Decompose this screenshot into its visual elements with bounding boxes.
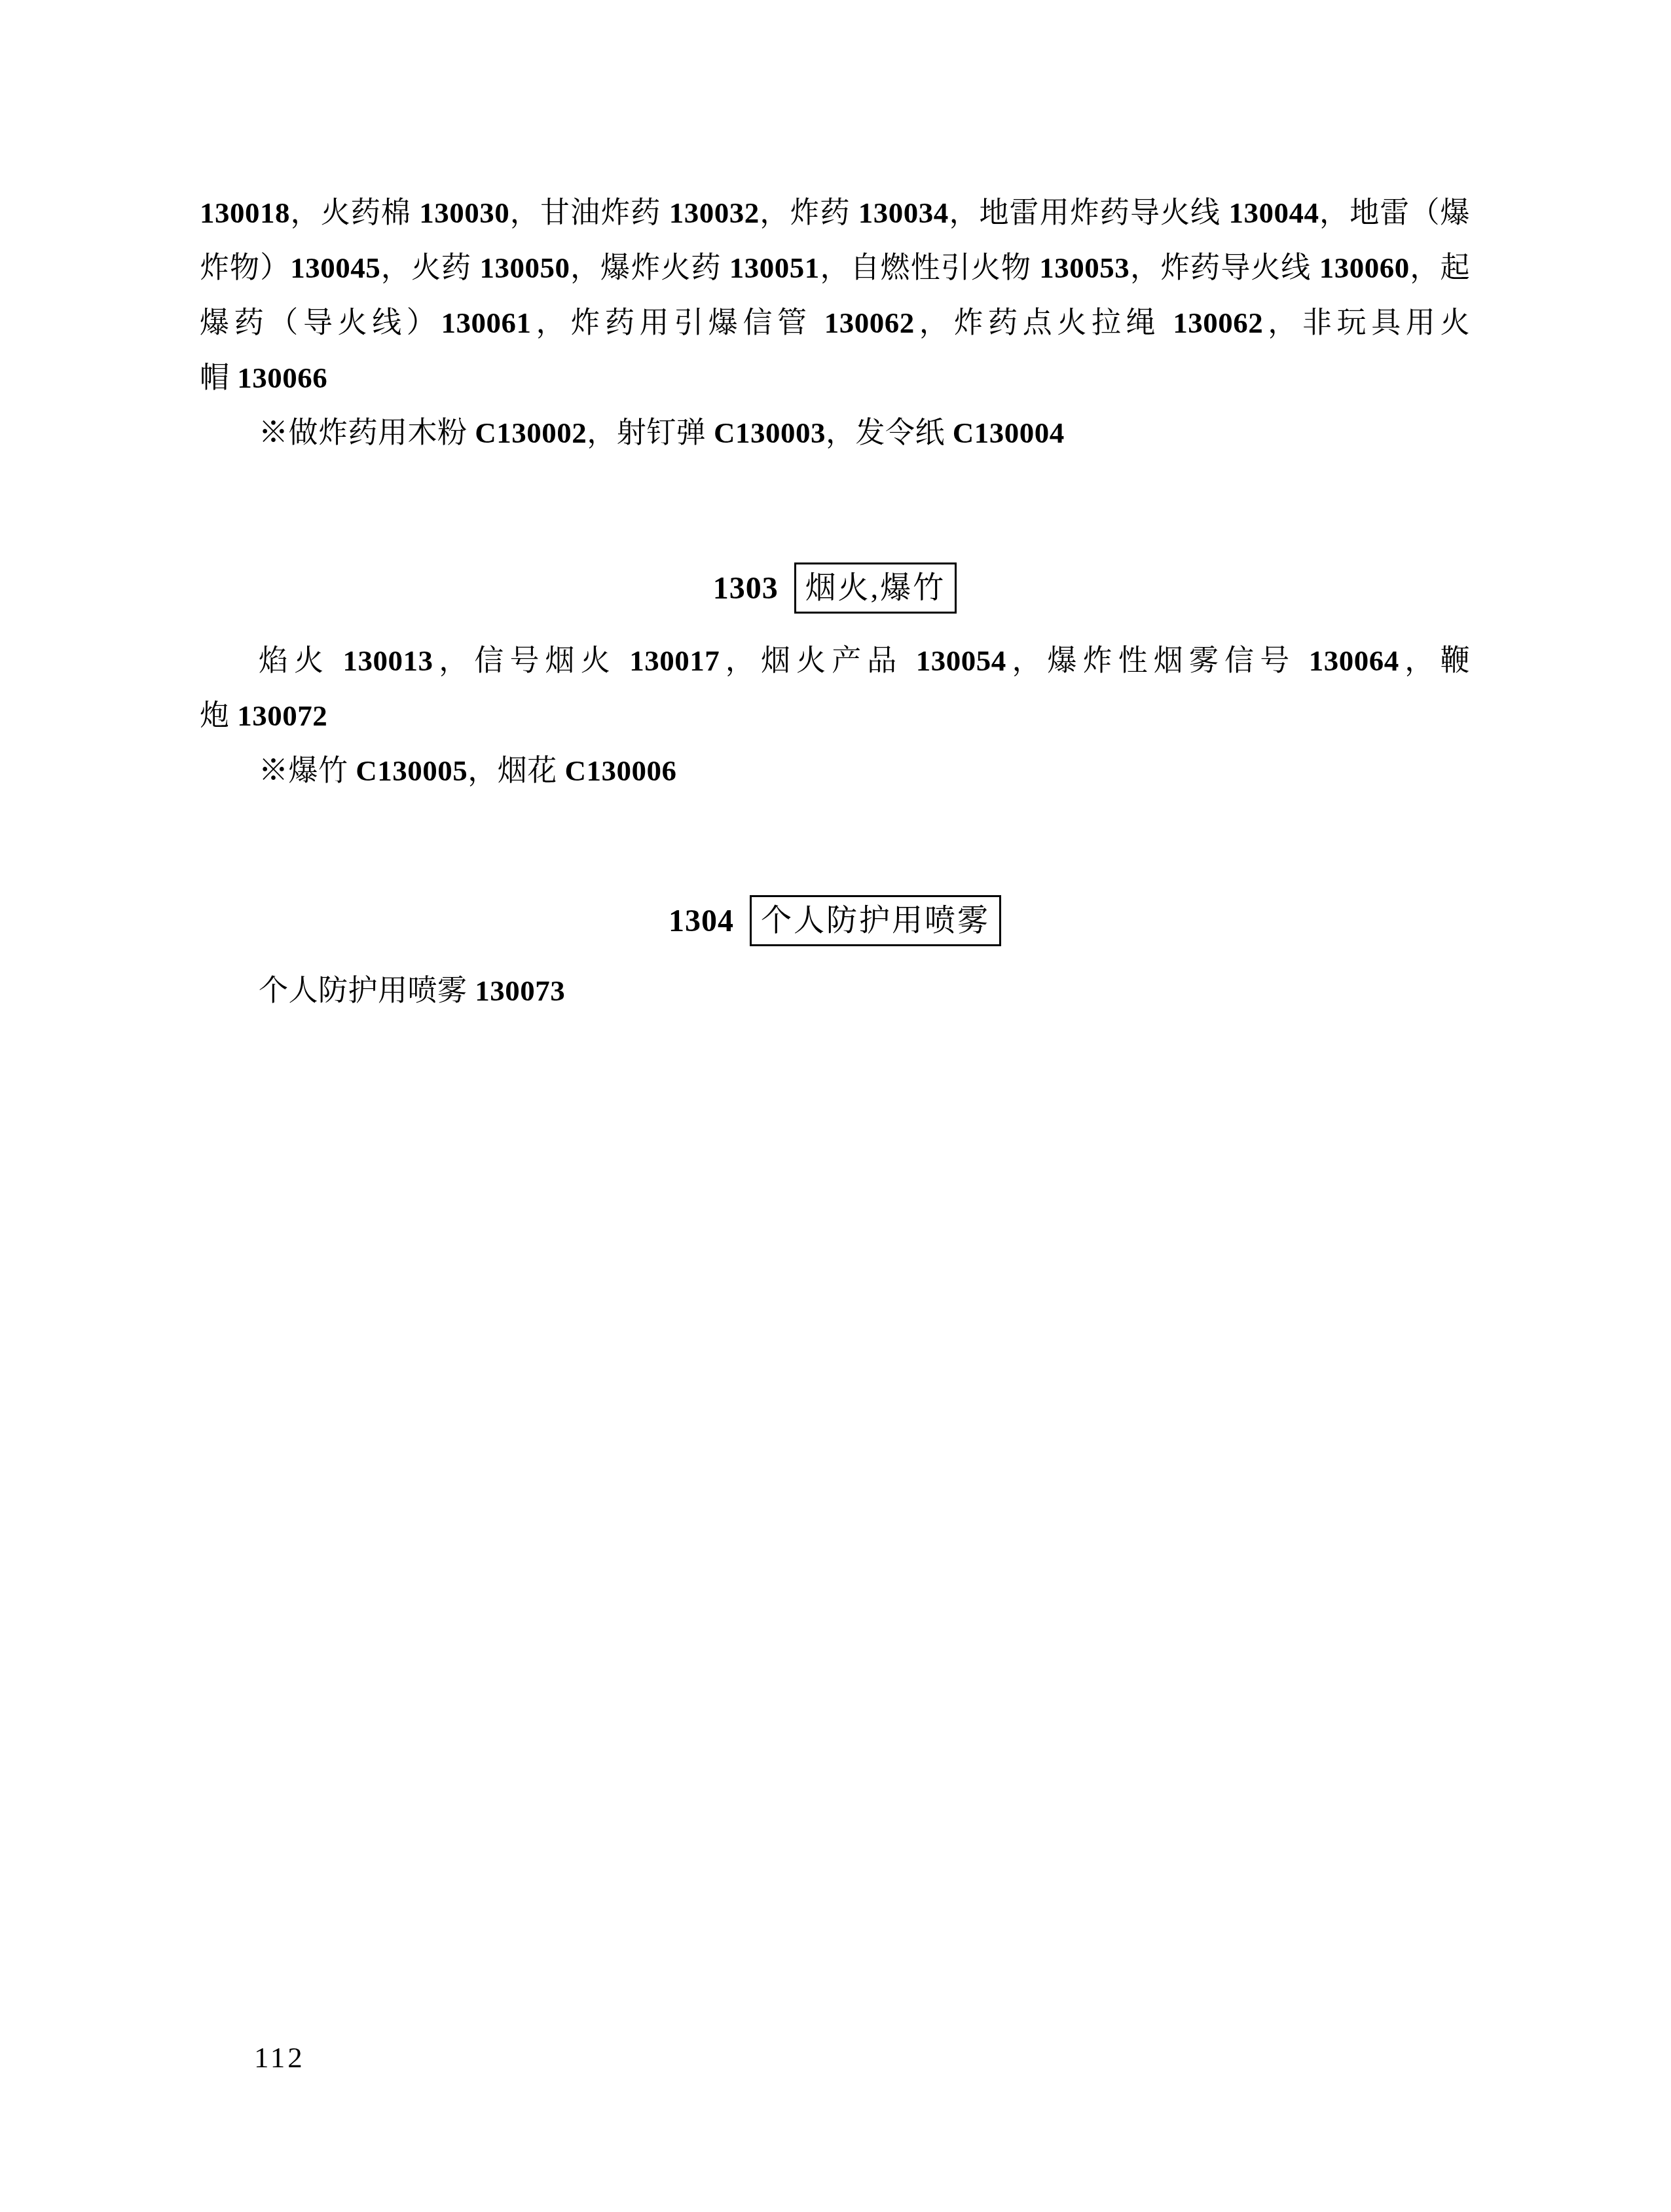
text-run: ，信号烟火 (433, 644, 630, 677)
code-number: 130045 (290, 251, 380, 284)
code-number: C130003 (714, 416, 826, 449)
text-run: ，射钉弹 (587, 416, 714, 449)
code-number: 130053 (1039, 251, 1129, 284)
section-number: 1304 (669, 903, 734, 939)
text-run: ，炸药用引爆信管 (531, 306, 824, 339)
code-number: 130060 (1319, 251, 1410, 284)
text-run: ，地雷用炸药导火线 (949, 196, 1229, 229)
code-number: 130032 (669, 196, 760, 229)
section-number: 1303 (713, 570, 779, 606)
code-number: 130073 (475, 974, 565, 1007)
text-run: ，非玩具用火 (1263, 306, 1470, 339)
code-number: 130072 (237, 699, 327, 732)
code-number: 130054 (916, 644, 1006, 677)
code-number: 130030 (419, 196, 509, 229)
text-line: 帽 130066 (200, 350, 1470, 405)
text-run: 焰火 (259, 644, 343, 677)
code-number: 130051 (729, 251, 820, 284)
text-run: ，自燃性引火物 (820, 251, 1040, 284)
code-number: 130050 (479, 251, 570, 284)
text-run: ，爆炸火药 (570, 251, 729, 284)
code-number: 130066 (237, 361, 327, 394)
section-title-box: 个人防护用喷雾 (750, 895, 1001, 946)
section-heading-1304: 1304 个人防护用喷雾 (200, 894, 1470, 948)
text-line: 爆药（导火线）130061，炸药用引爆信管 130062，炸药点火拉绳 1300… (200, 295, 1470, 350)
code-number: C130004 (953, 416, 1065, 449)
paragraph-section-1304: 个人防护用喷雾 130073 (200, 963, 1470, 1018)
text-run: 炮 (200, 699, 237, 732)
text-run: ，炸药导火线 (1129, 251, 1319, 284)
code-number: 130013 (343, 644, 433, 677)
text-run: 个人防护用喷雾 (259, 974, 475, 1007)
text-run: 帽 (200, 361, 237, 394)
note-line: ※做炸药用木粉 C130002，射钉弹 C130003，发令纸 C130004 (200, 405, 1470, 460)
section-heading-1303: 1303 烟火,爆竹 (200, 561, 1470, 615)
text-run: ，起 (1410, 251, 1470, 284)
text-column: 130018，火药棉 130030，甘油炸药 130032，炸药 130034，… (200, 0, 1470, 1018)
text-run: 爆药（导火线） (200, 306, 441, 339)
code-number: C130002 (475, 416, 587, 449)
text-line: 炸物）130045，火药 130050，爆炸火药 130051，自燃性引火物 1… (200, 240, 1470, 295)
text-run: ，火药 (380, 251, 479, 284)
code-number: 130034 (858, 196, 949, 229)
text-run: ，炸药点火拉绳 (915, 306, 1173, 339)
code-number: C130005 (356, 754, 468, 787)
text-run: ，甘油炸药 (509, 196, 669, 229)
text-run: ，烟火产品 (720, 644, 916, 677)
code-number: 130044 (1229, 196, 1319, 229)
code-number: 130061 (441, 306, 531, 339)
document-page: 130018，火药棉 130030，甘油炸药 130032，炸药 130034，… (0, 0, 1671, 2212)
text-run: ，地雷（爆 (1319, 196, 1470, 229)
text-line: 130018，火药棉 130030，甘油炸药 130032，炸药 130034，… (200, 185, 1470, 240)
section-title-box: 烟火,爆竹 (794, 562, 957, 614)
text-line: 炮 130072 (200, 688, 1470, 743)
paragraph-class13-continuation: 130018，火药棉 130030，甘油炸药 130032，炸药 130034，… (200, 185, 1470, 460)
text-run: ，火药棉 (290, 196, 419, 229)
code-number: 130062 (1173, 306, 1263, 339)
note-line: ※爆竹 C130005，烟花 C130006 (200, 743, 1470, 798)
code-number: 130062 (824, 306, 915, 339)
code-number: 130064 (1309, 644, 1399, 677)
paragraph-section-1303: 焰火 130013，信号烟火 130017，烟火产品 130054，爆炸性烟雾信… (200, 633, 1470, 798)
text-run: ※爆竹 (259, 754, 356, 787)
page-number: 112 (254, 2038, 305, 2077)
code-number: 130018 (200, 196, 290, 229)
text-run: 炸物） (200, 251, 290, 284)
code-number: 130017 (629, 644, 720, 677)
text-run: ，鞭 (1399, 644, 1470, 677)
text-run: ，爆炸性烟雾信号 (1006, 644, 1309, 677)
text-line: 焰火 130013，信号烟火 130017，烟火产品 130054，爆炸性烟雾信… (200, 633, 1470, 688)
text-run: ※做炸药用木粉 (259, 416, 475, 449)
text-run: ，发令纸 (826, 416, 953, 449)
text-run: ，烟花 (468, 754, 564, 787)
text-run: ，炸药 (760, 196, 858, 229)
text-line: 个人防护用喷雾 130073 (200, 963, 1470, 1018)
code-number: C130006 (565, 754, 677, 787)
